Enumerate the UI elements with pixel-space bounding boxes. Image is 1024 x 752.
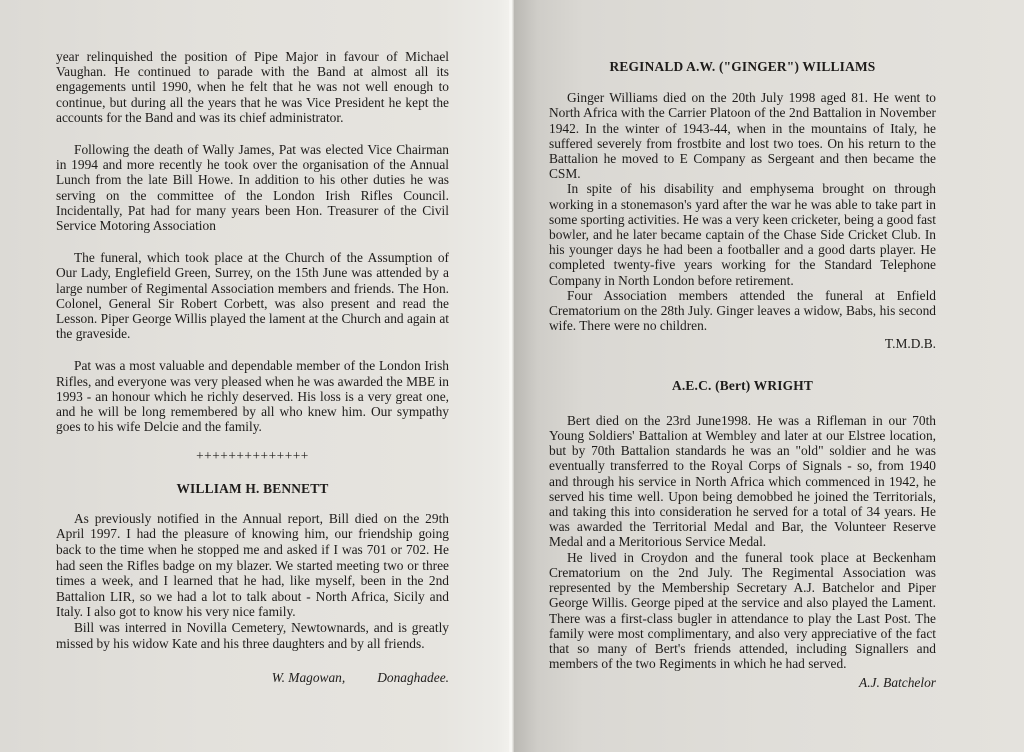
signature-name: W. Magowan,: [272, 670, 346, 685]
bennett-paragraph-2: Bill was interred in Novilla Cemetery, N…: [56, 620, 449, 651]
book-gutter: [509, 0, 514, 752]
williams-paragraph-1: Ginger Williams died on the 20th July 19…: [549, 90, 936, 181]
pat-paragraph-closing: Pat was a most valuable and dependable m…: [56, 358, 449, 434]
left-page-text-column: year relinquished the position of Pipe M…: [56, 49, 449, 685]
obituary-heading-bennett: WILLIAM H. BENNETT: [56, 481, 449, 496]
wright-paragraph-1: Bert died on the 23rd June1998. He was a…: [549, 413, 936, 550]
pat-paragraph-1: year relinquished the position of Pipe M…: [56, 49, 449, 125]
williams-paragraph-3: Four Association members attended the fu…: [549, 288, 936, 334]
bennett-paragraph-1: As previously notified in the Annual rep…: [56, 511, 449, 620]
wright-paragraph-2: He lived in Croydon and the funeral took…: [549, 550, 936, 672]
right-page-text-column: REGINALD A.W. ("GINGER") WILLIAMS Ginger…: [549, 59, 936, 691]
booklet-spread: year relinquished the position of Pipe M…: [0, 0, 1024, 752]
pat-paragraph-2: Following the death of Wally James, Pat …: [56, 142, 449, 233]
bennett-signature: W. Magowan, Donaghadee.: [56, 670, 449, 685]
right-page: REGINALD A.W. ("GINGER") WILLIAMS Ginger…: [512, 0, 1024, 752]
pat-paragraph-funeral: The funeral, which took place at the Chu…: [56, 250, 449, 341]
signature-place: Donaghadee.: [377, 670, 449, 685]
section-separator: ++++++++++++++: [56, 448, 449, 463]
wright-signature: A.J. Batchelor: [549, 675, 936, 690]
williams-paragraph-2: In spite of his disability and emphysema…: [549, 181, 936, 287]
obituary-heading-williams: REGINALD A.W. ("GINGER") WILLIAMS: [549, 59, 936, 74]
obituary-heading-wright: A.E.C. (Bert) WRIGHT: [549, 378, 936, 393]
williams-signature: T.M.D.B.: [549, 336, 936, 351]
left-page: year relinquished the position of Pipe M…: [0, 0, 512, 752]
